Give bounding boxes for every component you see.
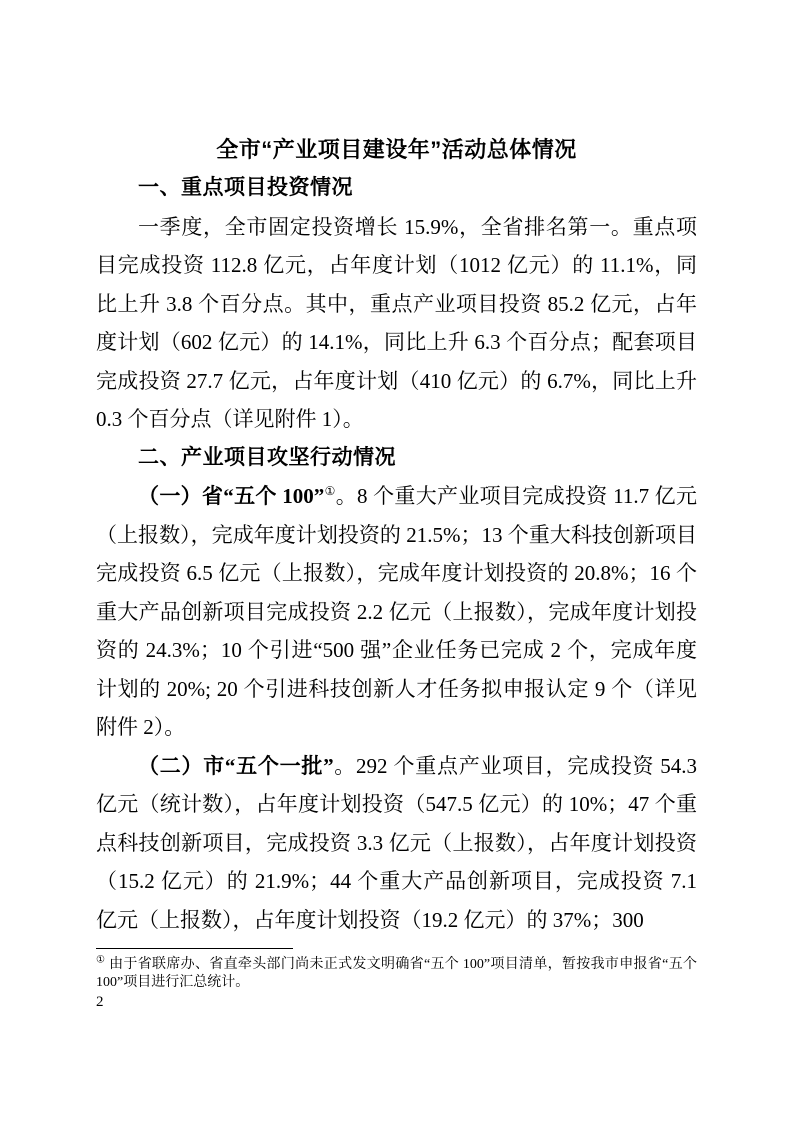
subheading-province-five-100: （一）省“五个 100” [138,484,324,508]
page-title: 全市“产业项目建设年”活动总体情况 [96,130,697,169]
paragraph-province-five-100-text: 。8 个重大产业项目完成投资 11.7 亿元（上报数），完成年度计划投资的 21… [96,484,697,739]
document-content: 全市“产业项目建设年”活动总体情况 一、重点项目投资情况 一季度，全市固定投资增… [96,130,697,939]
footnote-marker: ① [96,954,105,965]
section-heading-key-project-investment: 一、重点项目投资情况 [96,169,697,208]
footnote-reference-mark: ① [324,484,335,498]
footnote-separator [96,948,293,949]
subheading-city-five-batches: （二）市“五个一批” [138,754,334,778]
paragraph-province-five-100: （一）省“五个 100”①。8 个重大产业项目完成投资 11.7 亿元（上报数）… [96,477,697,747]
section-heading-industrial-project-campaign: 二、产业项目攻坚行动情况 [96,439,697,478]
paragraph-city-five-batches: （二）市“五个一批”。292 个重点产业项目，完成投资 54.3 亿元（统计数）… [96,747,697,940]
document-page: 全市“产业项目建设年”活动总体情况 一、重点项目投资情况 一季度，全市固定投资增… [0,0,793,1122]
footnote: ① 由于省联席办、省直牵头部门尚未正式发文明确省“五个 100”项目清单，暂按我… [96,956,697,992]
paragraph-city-five-batches-text: 。292 个重点产业项目，完成投资 54.3 亿元（统计数），占年度计划投资（5… [96,754,697,932]
footnote-area: ① 由于省联席办、省直牵头部门尚未正式发文明确省“五个 100”项目清单，暂按我… [96,948,697,1011]
footnote-text: 由于省联席办、省直牵头部门尚未正式发文明确省“五个 100”项目清单，暂按我市申… [96,957,697,990]
paragraph-key-project-investment: 一季度，全市固定投资增长 15.9%，全省排名第一。重点项目完成投资 112.8… [96,208,697,439]
page-number: 2 [96,993,697,1011]
